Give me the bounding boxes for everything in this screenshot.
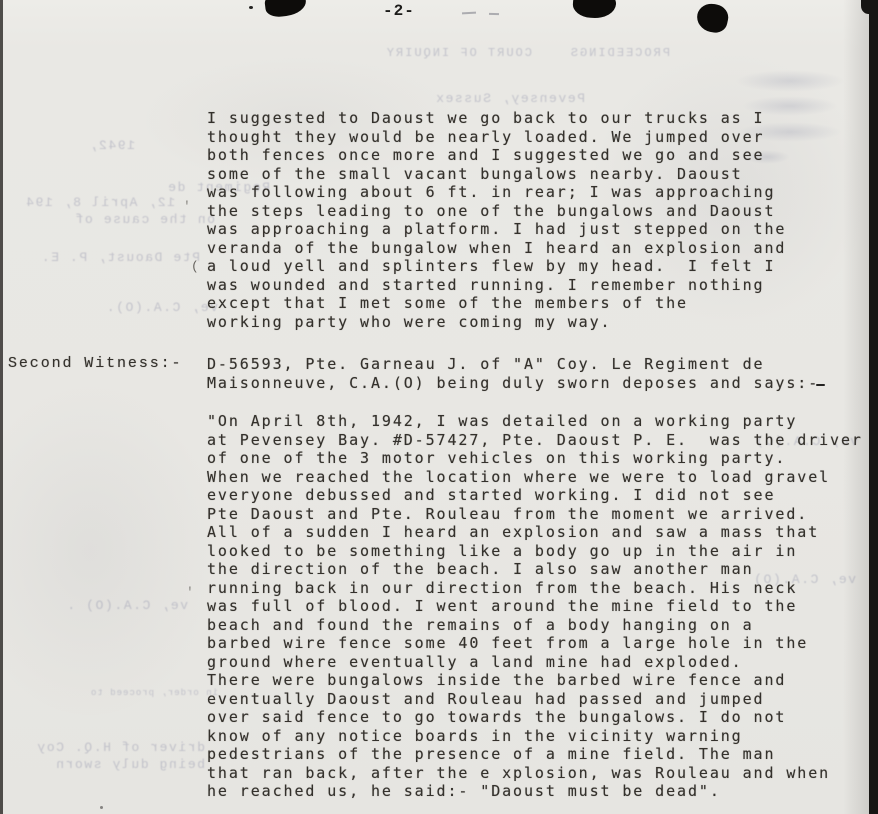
bleedthrough-text: Pte Daoust, P. E. <box>0 250 200 265</box>
bleedthrough-blot <box>735 70 845 92</box>
bleedthrough-text: being duly sworn <box>30 757 205 772</box>
stray-mark: ' <box>186 585 194 600</box>
pencil-dash <box>489 13 499 15</box>
bleedthrough-text: 1942, <box>55 138 135 153</box>
bleedthrough-text: 12, April 8, 194 <box>0 195 175 210</box>
scan-edge-left <box>0 0 3 814</box>
bleedthrough-text: driver of H.Q. Coy <box>20 740 205 755</box>
second-witness-testimony-paragraph: "On April 8th, 1942, I was detailed on a… <box>207 412 863 801</box>
scanned-document-page: -2- PROCEEDINGS COURT OF INQUIRY Pevense… <box>0 0 878 814</box>
pencil-dash <box>462 12 476 15</box>
punch-hole-icon <box>694 1 730 35</box>
punch-hole-icon <box>264 0 308 18</box>
bleedthrough-text: ve, C.A.(O). <box>88 300 218 315</box>
paper-tone-patch <box>0 380 220 720</box>
bleedthrough-text: on the cause of <box>55 212 215 227</box>
scan-edge-right-top <box>861 0 873 14</box>
ink-speck <box>100 806 103 809</box>
bleedthrough-text: PROCEEDINGS COURT OF INQUIRY <box>340 46 670 60</box>
second-witness-identification: D-56593, Pte. Garneau J. of "A" Coy. Le … <box>207 355 819 392</box>
bleedthrough-text: in order, proceed to <box>68 688 218 698</box>
scan-edge-right <box>869 0 878 814</box>
bleedthrough-text: Pevensey, Sussex <box>385 91 585 106</box>
punch-hole-icon <box>572 0 617 19</box>
stray-mark: ' <box>183 199 191 214</box>
second-witness-label: Second Witness:- <box>8 355 182 374</box>
ink-speck <box>249 6 253 9</box>
stray-mark: ( <box>191 259 199 274</box>
page-number: -2- <box>383 2 415 20</box>
first-witness-testimony-paragraph: I suggested to Daoust we go back to our … <box>207 109 786 331</box>
bleedthrough-text: ve, C.A.(O) . <box>48 598 188 613</box>
